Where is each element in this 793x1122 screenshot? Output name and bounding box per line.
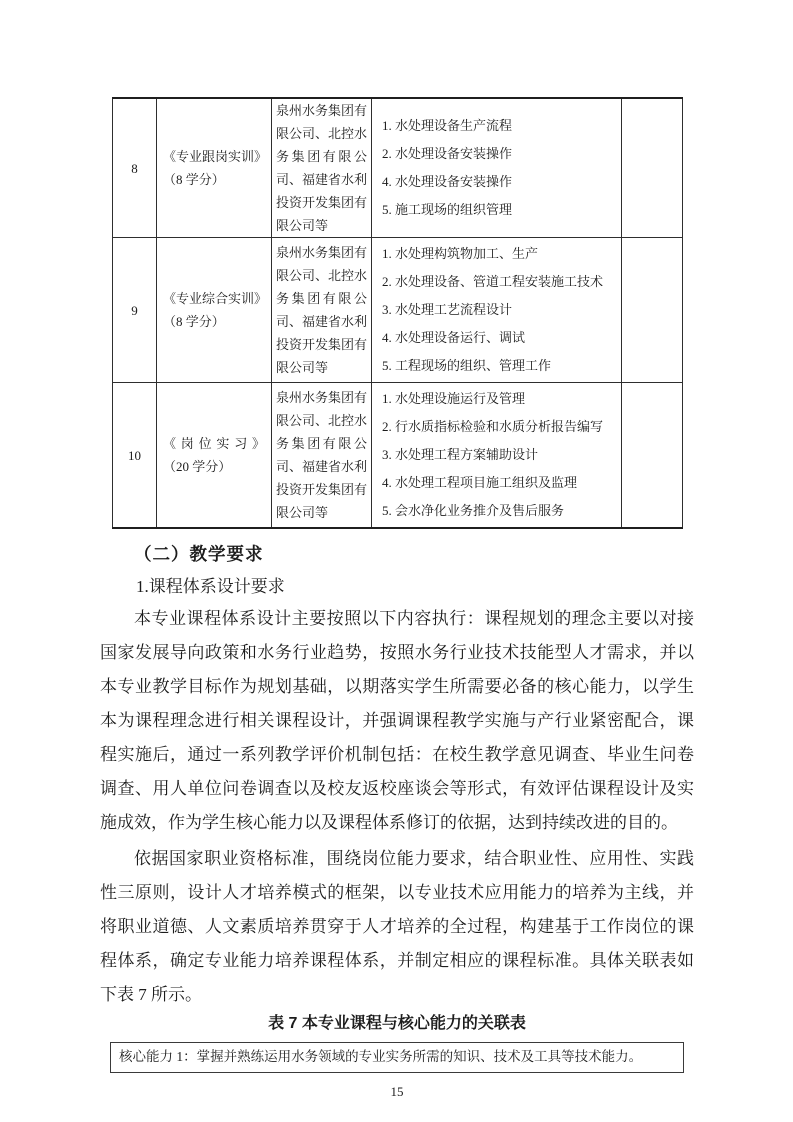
course-title: 《岗位实习》 bbox=[163, 432, 265, 455]
course-credits: （20 学分） bbox=[163, 455, 265, 478]
section-heading: （二）教学要求 bbox=[100, 541, 694, 567]
skill-item: 2. 水处理设备安装操作 bbox=[382, 140, 617, 168]
skill-item: 5. 会水净化业务推介及售后服务 bbox=[382, 497, 617, 525]
course-title: 《专业综合实训》 bbox=[163, 287, 265, 310]
skill-item: 1. 水处理设备生产流程 bbox=[382, 112, 617, 140]
remark-cell-empty bbox=[622, 383, 683, 529]
skill-item: 4. 水处理设备运行、调试 bbox=[382, 324, 617, 352]
table-row: 9 《专业综合实训》 （8 学分） 泉州水务集团有限公司、北控水务集团有限公司、… bbox=[113, 238, 683, 383]
paragraph-occupation-standard: 依据国家职业资格标准，围绕岗位能力要求，结合职业性、应用性、实践性三原则，设计人… bbox=[100, 842, 694, 1012]
section-subheading: 1.课程体系设计要求 bbox=[100, 574, 694, 600]
remark-cell-empty bbox=[622, 238, 683, 383]
table-row: 8 《专业跟岗实训》 （8 学分） 泉州水务集团有限公司、北控水务集团有限公司、… bbox=[113, 98, 683, 238]
partners-cell: 泉州水务集团有限公司、北控水务集团有限公司、福建省水利投资开发集团有限公司等 bbox=[272, 98, 372, 238]
skills-cell: 1. 水处理设施运行及管理 2. 行水质指标检验和水质分析报告编写 3. 水处理… bbox=[372, 383, 622, 529]
course-title: 《专业跟岗实训》 bbox=[163, 145, 265, 168]
course-cell: 《岗位实习》 （20 学分） bbox=[157, 383, 272, 529]
remark-cell-empty bbox=[622, 98, 683, 238]
row-number: 9 bbox=[113, 238, 157, 383]
document-page: 8 《专业跟岗实训》 （8 学分） 泉州水务集团有限公司、北控水务集团有限公司、… bbox=[0, 0, 793, 1122]
core-ability-row: 核心能力 1：掌握并熟练运用水务领域的专业实务所需的知识、技术及工具等技术能力。 bbox=[110, 1042, 684, 1073]
page-content: 8 《专业跟岗实训》 （8 学分） 泉州水务集团有限公司、北控水务集团有限公司、… bbox=[100, 0, 694, 1100]
skill-item: 5. 工程现场的组织、管理工作 bbox=[382, 352, 617, 380]
row-number: 8 bbox=[113, 98, 157, 238]
skill-item: 1. 水处理设施运行及管理 bbox=[382, 385, 617, 413]
course-credits: （8 学分） bbox=[163, 168, 265, 191]
partners-cell: 泉州水务集团有限公司、北控水务集团有限公司、福建省水利投资开发集团有限公司等 bbox=[272, 238, 372, 383]
skills-cell: 1. 水处理设备生产流程 2. 水处理设备安装操作 4. 水处理设备安装操作 5… bbox=[372, 98, 622, 238]
skill-item: 2. 水处理设备、管道工程安装施工技术 bbox=[382, 268, 617, 296]
table-row: 10 《岗位实习》 （20 学分） 泉州水务集团有限公司、北控水务集团有限公司、… bbox=[113, 383, 683, 529]
skill-item: 1. 水处理构筑物加工、生产 bbox=[382, 240, 617, 268]
skill-item: 4. 水处理设备安装操作 bbox=[382, 168, 617, 196]
partners-cell: 泉州水务集团有限公司、北控水务集团有限公司、福建省水利投资开发集团有限公司等 bbox=[272, 383, 372, 529]
skill-item: 5. 施工现场的组织管理 bbox=[382, 196, 617, 224]
page-number: 15 bbox=[100, 1084, 694, 1100]
skills-cell: 1. 水处理构筑物加工、生产 2. 水处理设备、管道工程安装施工技术 3. 水处… bbox=[372, 238, 622, 383]
course-cell: 《专业跟岗实训》 （8 学分） bbox=[157, 98, 272, 238]
course-cell: 《专业综合实训》 （8 学分） bbox=[157, 238, 272, 383]
paragraph-course-design: 本专业课程体系设计主要按照以下内容执行：课程规划的理念主要以对接国家发展导向政策… bbox=[100, 602, 694, 840]
skill-item: 2. 行水质指标检验和水质分析报告编写 bbox=[382, 413, 617, 441]
table7-caption: 表 7 本专业课程与核心能力的关联表 bbox=[100, 1013, 694, 1035]
course-table: 8 《专业跟岗实训》 （8 学分） 泉州水务集团有限公司、北控水务集团有限公司、… bbox=[112, 97, 683, 529]
course-credits: （8 学分） bbox=[163, 310, 265, 333]
skill-item: 3. 水处理工程方案辅助设计 bbox=[382, 441, 617, 469]
skill-item: 4. 水处理工程项目施工组织及监理 bbox=[382, 469, 617, 497]
skill-item: 3. 水处理工艺流程设计 bbox=[382, 296, 617, 324]
row-number: 10 bbox=[113, 383, 157, 529]
